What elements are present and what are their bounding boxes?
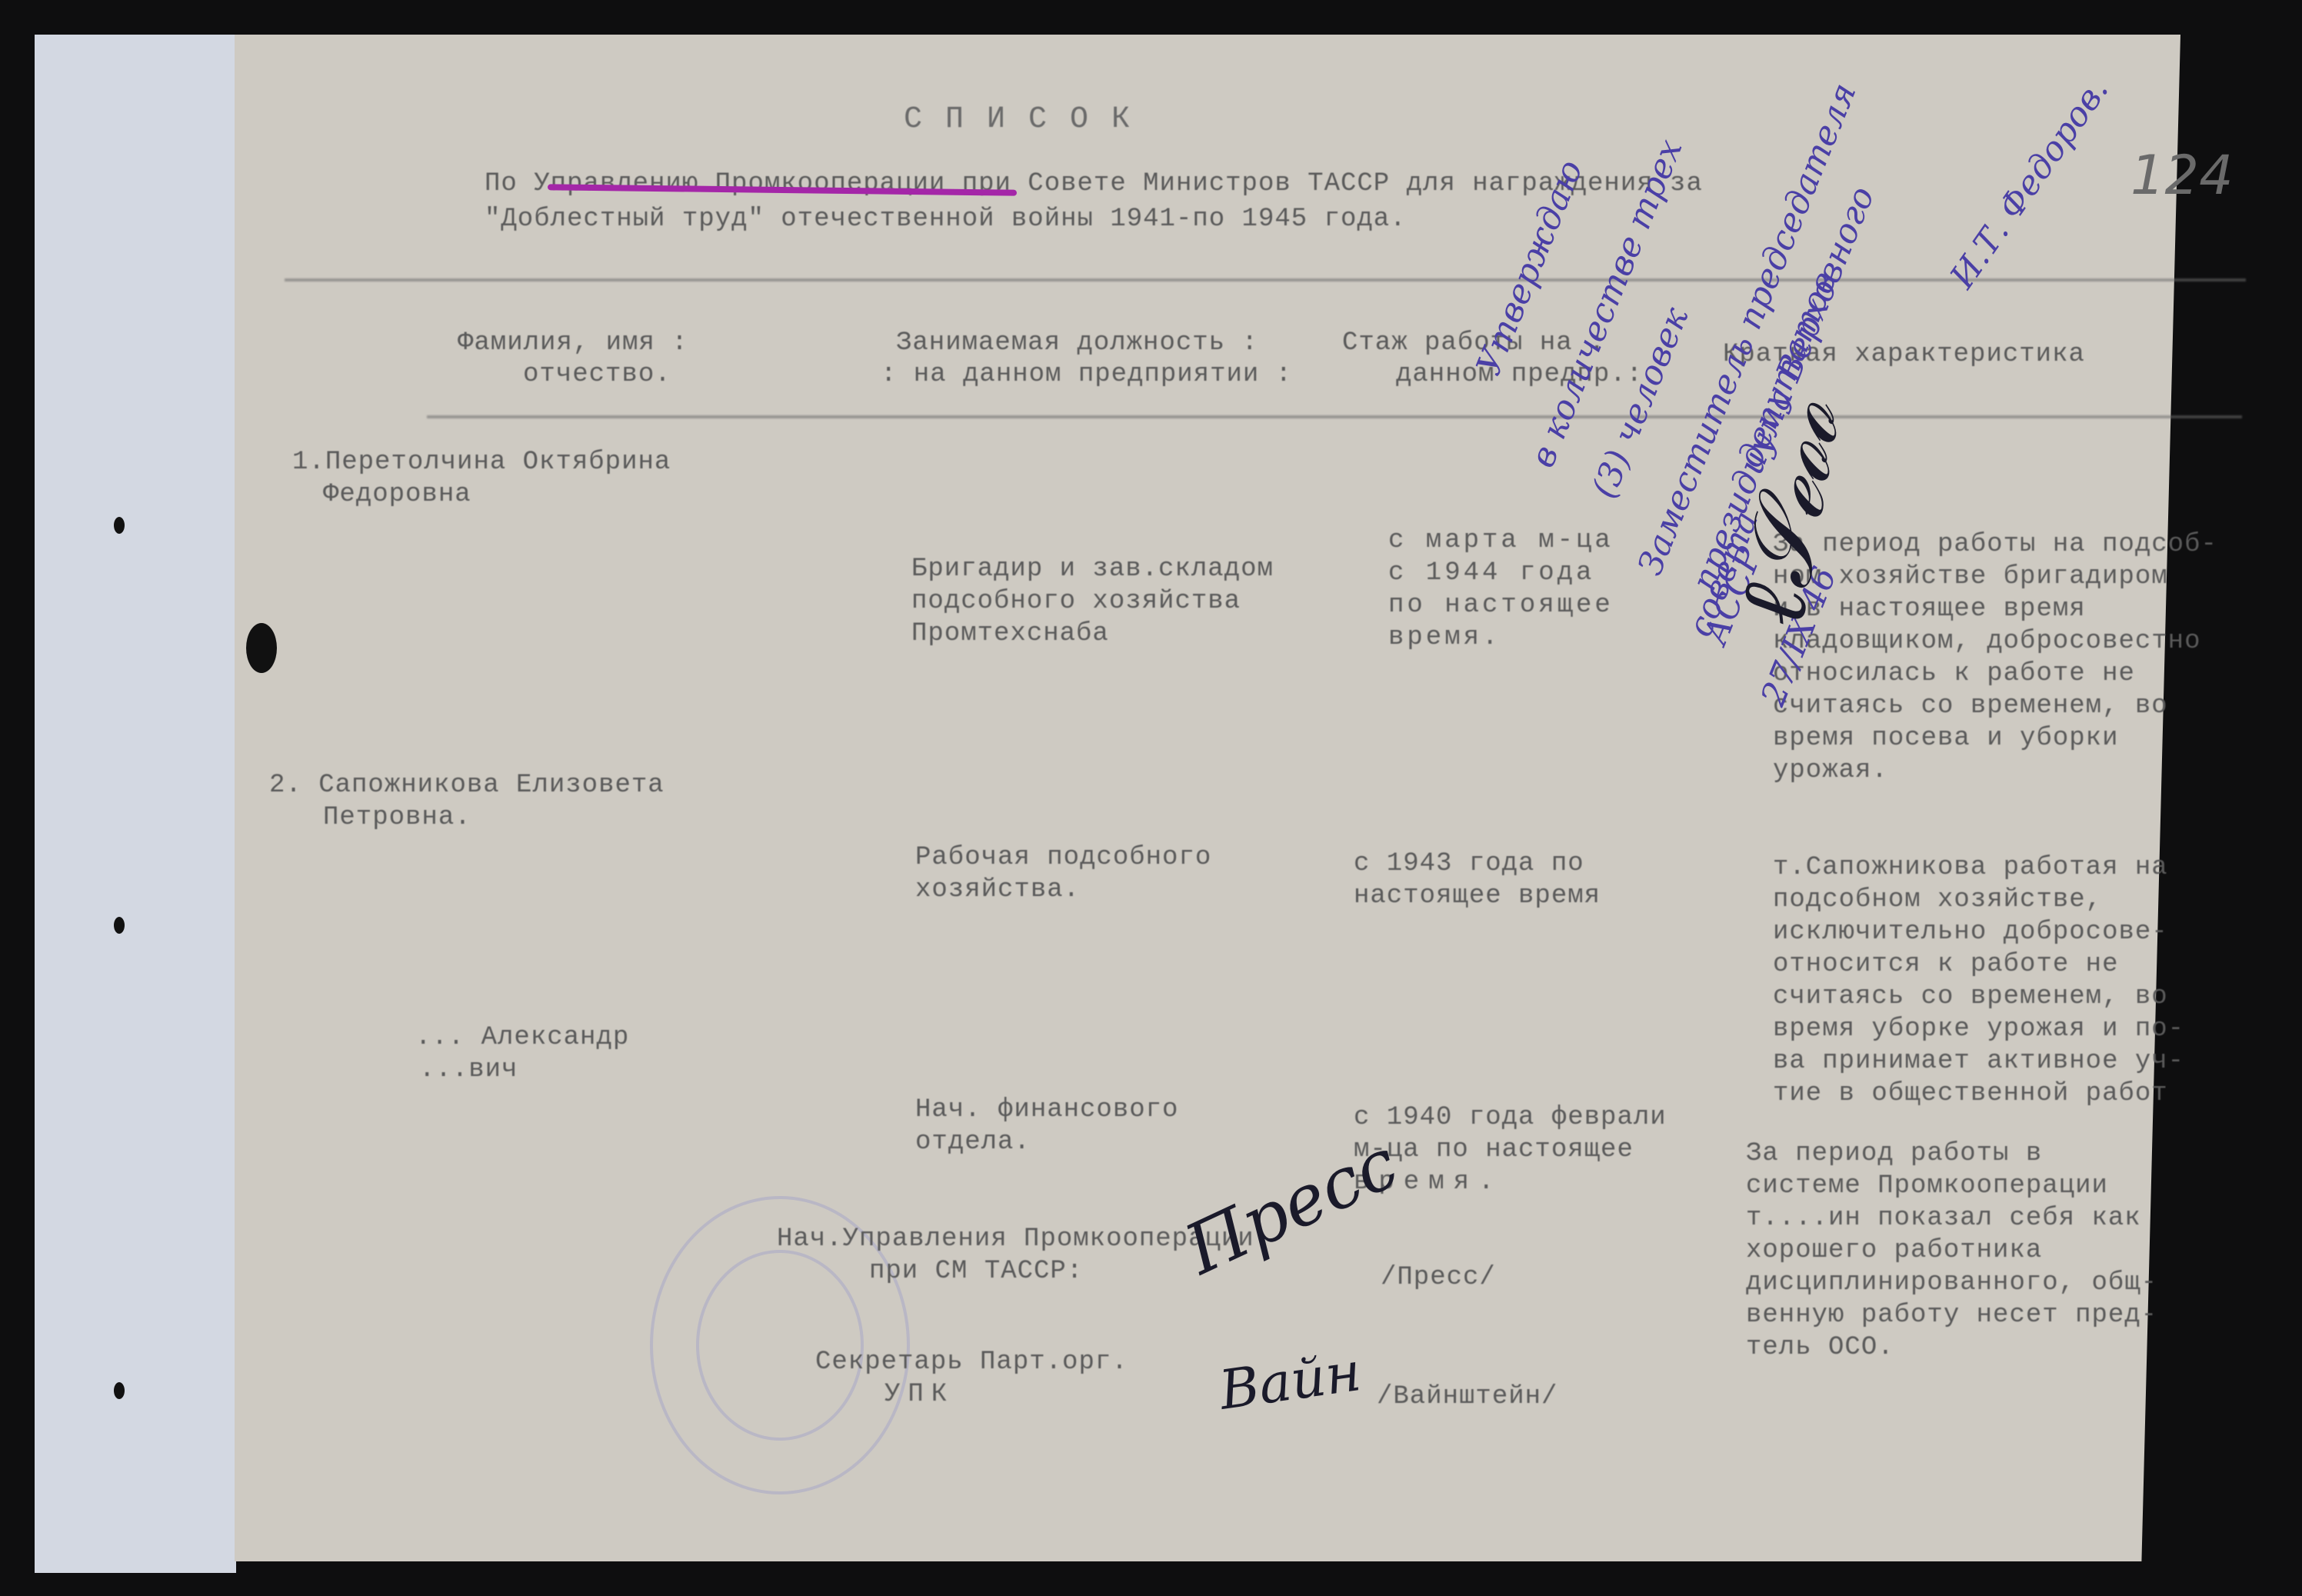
row-3-name-2: ...вич	[419, 1054, 518, 1086]
row-1-name-2: Федоровна	[323, 478, 471, 511]
signature-2-name: /Вайнштейн/	[1377, 1381, 1557, 1413]
row-3-characteristic: За период работы всистеме Промкооперации…	[1746, 1073, 2157, 1396]
row-1-tenure: с марта м-цас 1944 годапо настоящеевремя…	[1388, 460, 1614, 686]
heading-line-1: По Управлению Промкооперации при Совете …	[485, 168, 1703, 200]
signature-2-handwritten: Вайн	[1217, 1350, 1363, 1412]
col-header-name-2: отчество.	[523, 358, 671, 391]
row-3-position: Нач. финансовогоотдела.	[915, 1029, 1178, 1191]
punch-hole	[114, 1382, 125, 1399]
col-header-position-1: Занимаемая должность :	[896, 327, 1258, 359]
signature-1-role-2: при СМ ТАССР:	[869, 1255, 1083, 1288]
row-2-tenure: с 1943 года понастоящее время	[1354, 783, 1601, 945]
heading-line-2: "Доблестный труд" отечественной войны 19…	[485, 203, 1407, 235]
row-2-name-1: 2. Сапожникова Елизовета	[269, 769, 665, 801]
header-bottom-rule	[427, 415, 2242, 418]
archive-page-number: 124	[2130, 154, 2234, 197]
signature-2-role-1: Секретарь Парт.орг.	[815, 1346, 1128, 1378]
signature-1-name: /Пресс/	[1381, 1261, 1496, 1294]
round-stamp-inner	[696, 1250, 864, 1441]
row-1-name-1: 1.Перетолчина Октябрина	[292, 446, 671, 478]
punch-hole	[246, 623, 277, 673]
row-3-tenure: с 1940 года февралим-ца по настоящееврем…	[1354, 1037, 1667, 1231]
approval-signature: ℓ𝒮ℯℴℴ	[1750, 399, 1831, 628]
document-title: СПИСОК	[904, 104, 1153, 136]
white-backing-strip	[35, 35, 236, 1573]
col-header-name-1: Фамилия, имя :	[458, 327, 688, 359]
row-3-name-1: ... Александр	[415, 1021, 629, 1054]
row-2-name-2: Петровна.	[323, 801, 471, 834]
punch-hole	[114, 517, 125, 534]
signature-2-role-2: УПК	[884, 1378, 954, 1411]
col-header-position-2: : на данном предприятии :	[881, 358, 1292, 391]
punch-hole	[114, 917, 125, 934]
row-2-position: Рабочая подсобногохозяйства.	[915, 777, 1211, 938]
row-1-position: Бригадир и зав.складомподсобного хозяйст…	[911, 488, 1274, 682]
